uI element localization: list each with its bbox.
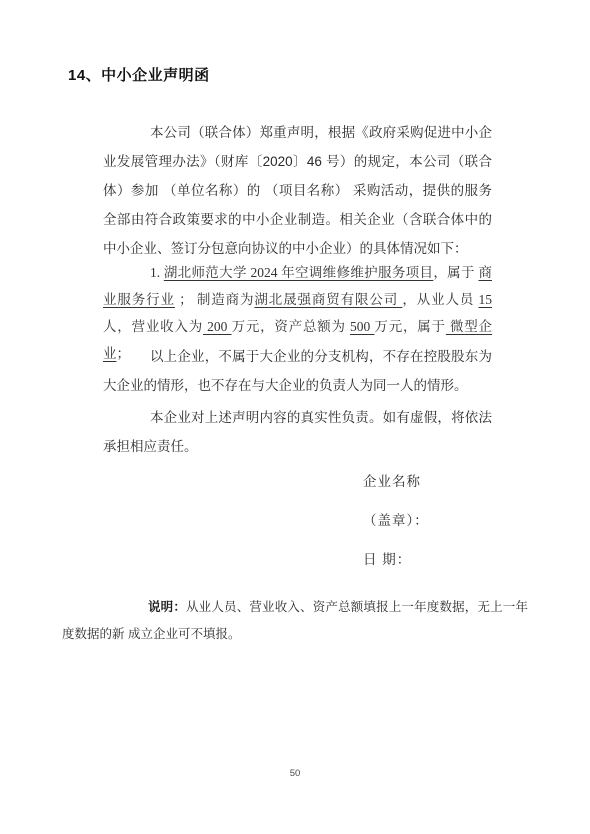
declaration-intro-paragraph: 本公司（联合体）郑重声明，根据《政府采购促进中小企业发展管理办法》（财库〔202…	[103, 118, 492, 263]
revenue-value: 200	[203, 319, 232, 334]
project-name: 湖北师范大学 2024 年空调维修维护服务项目	[164, 265, 433, 280]
manufacturer-label-text: ； 制造商为	[175, 292, 255, 307]
no-affiliation-paragraph: 以上企业，不属于大企业的分支机构，不存在控股股东为大企业的情形，也不存在与大企业…	[103, 342, 492, 400]
assets-value: 500	[350, 319, 374, 334]
employees-count: 15	[479, 292, 493, 307]
section-title: 14、中小企业声明函	[68, 64, 210, 85]
footnote: 说明：从业人员、营业收入、资产总额填报上一年度数据，无上一年度数据的新 成立企业…	[62, 594, 528, 649]
date-label: 日 期：	[363, 548, 429, 568]
assets-label-text: 万元，资产总额为	[232, 319, 350, 334]
footnote-text: 从业人员、营业收入、资产总额填报上一年度数据，无上一年度数据的新 成立企业可不填…	[62, 600, 528, 642]
footnote-label: 说明：	[148, 600, 186, 614]
page-number: 50	[0, 768, 590, 779]
belongs-to-text: ，属于	[433, 265, 478, 280]
responsibility-paragraph: 本企业对上述声明内容的真实性负责。如有虚假，将依法承担相应责任。	[103, 403, 492, 461]
manufacturer-name: 湖北晟强商贸有限公司	[254, 292, 402, 307]
type-label-text: 万元，属于	[374, 319, 445, 334]
employees-label-text: ，从业人员	[402, 292, 478, 307]
item-number: 1.	[150, 265, 164, 280]
document-page: 14、中小企业声明函 本公司（联合体）郑重声明，根据《政府采购促进中小企业发展管…	[0, 0, 590, 834]
revenue-label-text: 人，营业收入为	[103, 319, 203, 334]
seal-label: （盖章）：	[363, 509, 429, 529]
company-name-label: 企业名称	[363, 470, 429, 490]
signature-block: 企业名称 （盖章）： 日 期：	[363, 470, 429, 587]
